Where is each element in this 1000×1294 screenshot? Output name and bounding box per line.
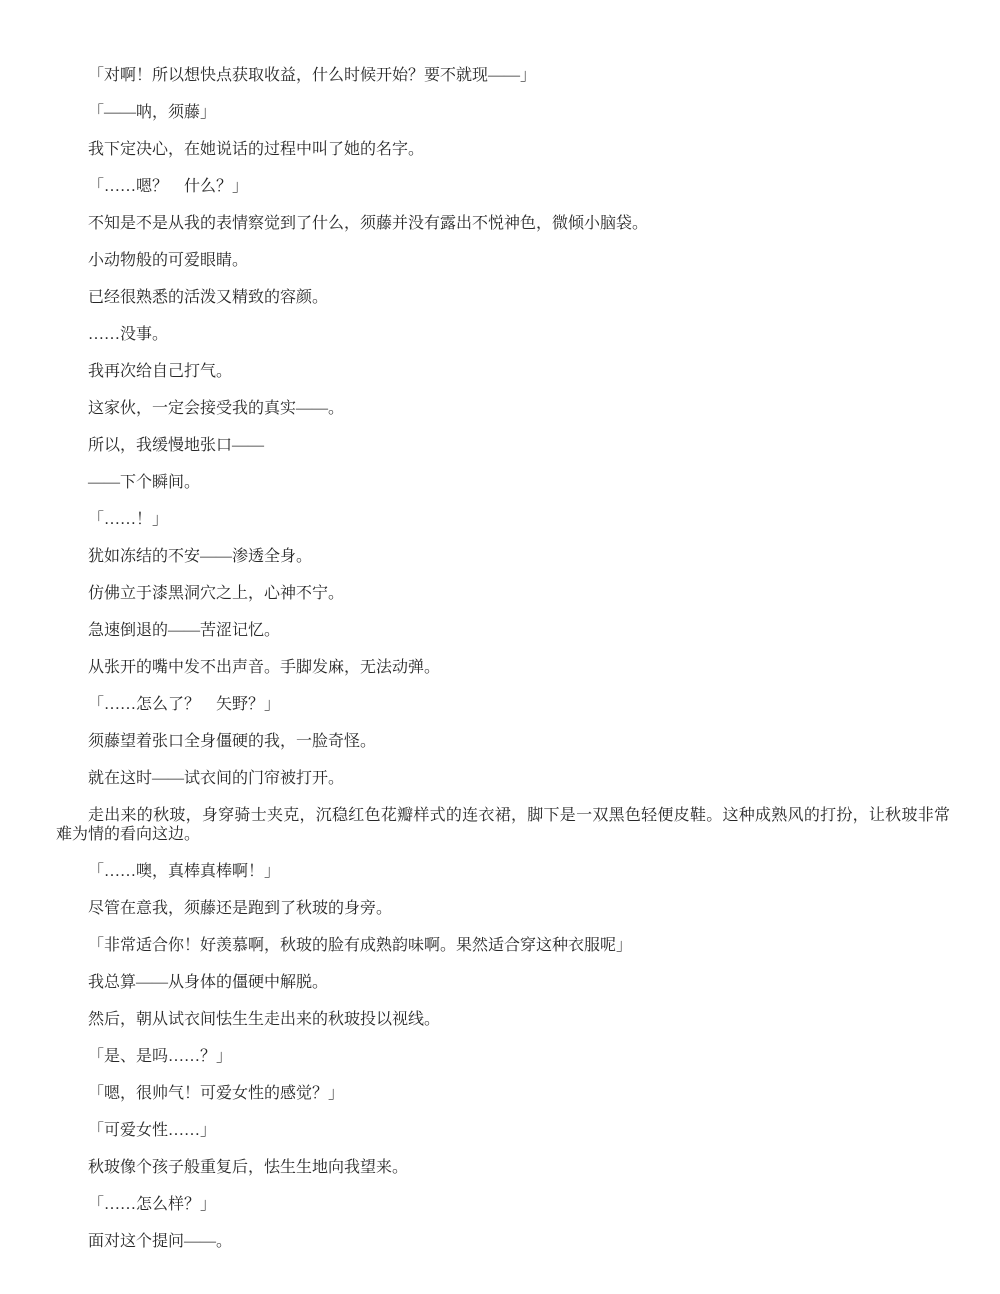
paragraph: 走出来的秋玻，身穿骑士夹克，沉稳红色花瓣样式的连衣裙，脚下是一双黑色轻便皮鞋。这… <box>56 806 950 844</box>
paragraph: 这家伙，一定会接受我的真实——。 <box>56 399 950 418</box>
paragraph: 「非常适合你！好羡慕啊，秋玻的脸有成熟韵味啊。果然适合穿这种衣服呢」 <box>56 936 950 955</box>
paragraph: 小动物般的可爱眼睛。 <box>56 251 950 270</box>
paragraph: 「可爱女性……」 <box>56 1121 950 1140</box>
paragraph: 我再次给自己打气。 <box>56 362 950 381</box>
paragraph: 尽管在意我，须藤还是跑到了秋玻的身旁。 <box>56 899 950 918</box>
paragraph: 「……怎么了？ 矢野？」 <box>56 695 950 714</box>
paragraph: 「——呐，须藤」 <box>56 103 950 122</box>
paragraph: 已经很熟悉的活泼又精致的容颜。 <box>56 288 950 307</box>
paragraph: ……没事。 <box>56 325 950 344</box>
paragraph: 急速倒退的——苦涩记忆。 <box>56 621 950 640</box>
paragraph: 从张开的嘴中发不出声音。手脚发麻，无法动弹。 <box>56 658 950 677</box>
paragraph: 「是、是吗……？」 <box>56 1047 950 1066</box>
paragraph: 「……怎么样？」 <box>56 1195 950 1214</box>
paragraph: 「……噢，真棒真棒啊！」 <box>56 862 950 881</box>
paragraph: 就在这时——试衣间的门帘被打开。 <box>56 769 950 788</box>
paragraph: 须藤望着张口全身僵硬的我，一脸奇怪。 <box>56 732 950 751</box>
paragraph: 仿佛立于漆黑洞穴之上，心神不宁。 <box>56 584 950 603</box>
paragraph: 「嗯，很帅气！可爱女性的感觉？」 <box>56 1084 950 1103</box>
paragraph: 「对啊！所以想快点获取收益，什么时候开始？要不就现——」 <box>56 66 950 85</box>
paragraph: 犹如冻结的不安——渗透全身。 <box>56 547 950 566</box>
novel-page: 「对啊！所以想快点获取收益，什么时候开始？要不就现——」「——呐，须藤」我下定决… <box>0 0 1000 1294</box>
paragraph: 「……！」 <box>56 510 950 529</box>
paragraph: 秋玻像个孩子般重复后，怯生生地向我望来。 <box>56 1158 950 1177</box>
paragraph: 「……嗯？ 什么？」 <box>56 177 950 196</box>
paragraph: 所以，我缓慢地张口—— <box>56 436 950 455</box>
paragraph: 我下定决心，在她说话的过程中叫了她的名字。 <box>56 140 950 159</box>
paragraph: 面对这个提问——。 <box>56 1232 950 1251</box>
paragraph: 我总算——从身体的僵硬中解脱。 <box>56 973 950 992</box>
paragraph: 然后，朝从试衣间怯生生走出来的秋玻投以视线。 <box>56 1010 950 1029</box>
paragraph: ——下个瞬间。 <box>56 473 950 492</box>
paragraph: 不知是不是从我的表情察觉到了什么，须藤并没有露出不悦神色，微倾小脑袋。 <box>56 214 950 233</box>
